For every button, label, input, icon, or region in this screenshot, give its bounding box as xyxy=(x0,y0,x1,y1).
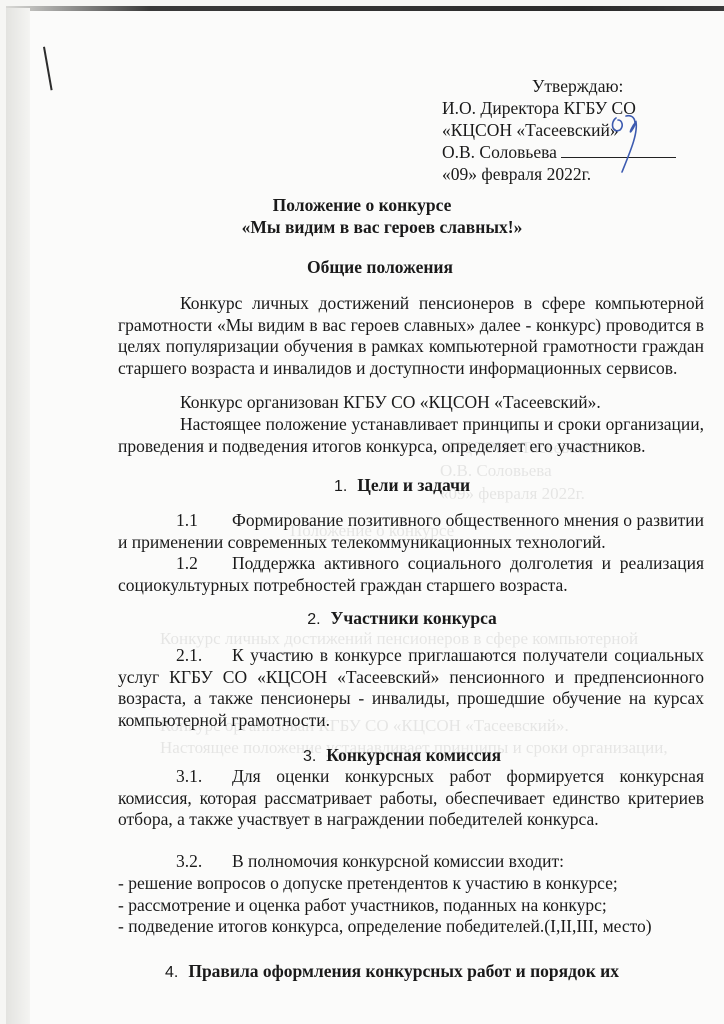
document-title: Положение о конкурсе xyxy=(0,194,724,216)
handwritten-signature-icon xyxy=(608,112,648,178)
document-subtitle: «Мы видим в вас героев славных!» xyxy=(0,216,724,238)
list-item: - подведение итогов конкурса, определени… xyxy=(118,916,704,938)
clause-2-1: 2.1.К участию в конкурсе приглашаются по… xyxy=(118,645,704,731)
section-heading-participants: 2.Участники конкурса xyxy=(0,607,724,631)
section-heading-commission: 3.Конкурсная комиссия xyxy=(0,744,724,768)
section-heading-rules: 4.Правила оформления конкурсных работ и … xyxy=(0,960,724,984)
clause-1-2: 1.2Поддержка активного социального долго… xyxy=(118,553,704,596)
clause-1-1: 1.1Формирование позитивного общественног… xyxy=(118,510,704,553)
section-heading-goals: 1.Цели и задачи xyxy=(0,474,724,498)
general-provisions-heading: Общие положения xyxy=(0,256,724,278)
list-item: - рассмотрение и оценка работ участников… xyxy=(118,895,704,917)
scan-edge-left xyxy=(6,8,30,1024)
clause-3-1: 3.1.Для оценки конкурсных работ формируе… xyxy=(118,766,704,831)
approval-signer: О.В. Соловьева xyxy=(442,142,557,162)
approval-heading: Утверждаю: xyxy=(442,75,676,97)
commission-duties-list: - решение вопросов о допуске претенденто… xyxy=(118,873,704,938)
organizer-paragraph: Конкурс организован КГБУ СО «КЦСОН «Тасе… xyxy=(118,392,704,414)
scope-paragraph: Настоящее положение устанавливает принци… xyxy=(118,414,704,457)
list-item: - решение вопросов о допуске претенденто… xyxy=(118,873,704,895)
clause-3-2: 3.2.В полномочия конкурсной комиссии вхо… xyxy=(118,851,704,873)
intro-paragraph: Конкурс личных достижений пенсионеров в … xyxy=(118,293,704,379)
